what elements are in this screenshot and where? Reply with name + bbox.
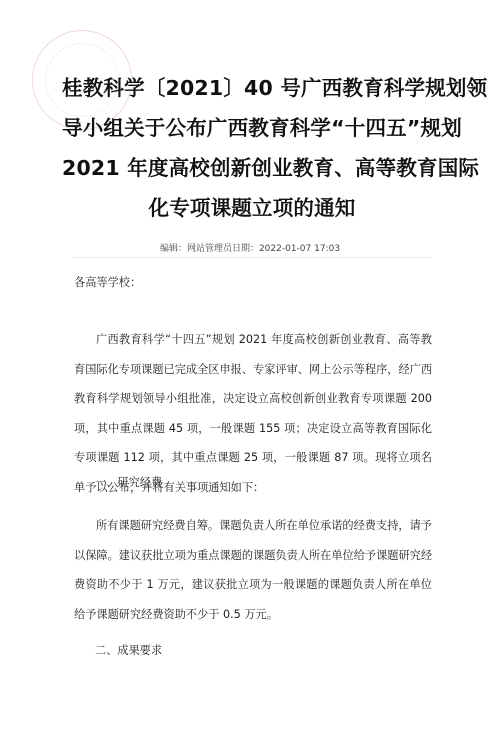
section-heading-research-funding: 一、研究经费	[95, 468, 453, 498]
section-heading-outcome-requirements: 二、成果要求	[95, 636, 453, 666]
title-line: 化专项课题立项的通知	[62, 188, 442, 228]
title-line: 2021 年度高校创新创业教育、高等教育国际	[62, 148, 442, 188]
editor-date-meta: 编辑：网站管理员日期：2022-01-07 17:03	[0, 241, 500, 254]
title-line: 桂教科学〔2021〕40 号广西教育科学规划领	[62, 68, 442, 108]
divider	[72, 257, 432, 258]
funding-paragraph: 所有课题研究经费自筹。课题负责人所在单位承诺的经费支持，请予以保障。建议获批立项…	[74, 511, 432, 629]
title-line: 导小组关于公布广西教育科学“十四五”规划	[62, 108, 442, 148]
document-title: 桂教科学〔2021〕40 号广西教育科学规划领 导小组关于公布广西教育科学“十四…	[62, 68, 442, 228]
salutation: 各高等学校：	[74, 268, 432, 298]
